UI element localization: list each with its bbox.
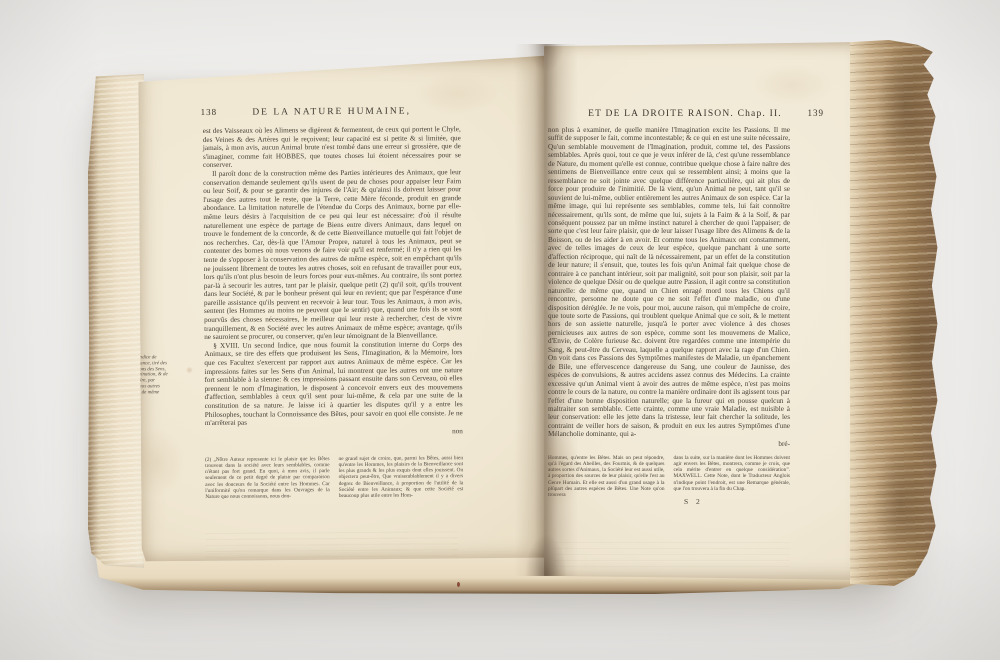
right-page: ET DE LA DROITE RAISON. Chap. II. 139 no… (544, 42, 862, 580)
left-paragraph-3: § XVIII. Un second Indice, que nous four… (204, 340, 463, 428)
foxing-speck (457, 582, 460, 587)
studio-backdrop: 138 DE LA NATURE HUMAINE, est des Vaisse… (0, 0, 1000, 660)
right-footnote: Hommes, qu'entre les Bêtes. Mais on peut… (548, 455, 790, 498)
left-footnote-col1: (2) „Nôtre Auteur represente ici le plai… (205, 456, 330, 500)
right-running-title: ET DE LA DROITE RAISON. Chap. II. (576, 109, 794, 119)
left-running-title: DE LA NATURE HUMAINE, (231, 106, 433, 117)
right-page-header: ET DE LA DROITE RAISON. Chap. II. 139 (546, 108, 824, 119)
right-fore-edge-stack (850, 40, 942, 586)
right-footnote-col2: dans la suite, sur la manière dont les H… (674, 455, 791, 498)
left-catchword: non (205, 427, 463, 437)
right-body-text: non plus à examiner, de quelle manière l… (548, 126, 790, 448)
right-paragraph-1: non plus à examiner, de quelle manière l… (548, 126, 790, 439)
right-catchword: bré- (548, 440, 790, 448)
left-paragraph-1: est des Vaisseaux où les Alimens se digè… (203, 125, 461, 170)
left-footnote-col2: ne grand sujet de croire, que, parmi les… (339, 455, 464, 499)
right-page-number: 139 (794, 108, 824, 118)
left-body-text: est des Vaisseaux où les Alimens se digè… (203, 125, 463, 437)
left-page-edges (88, 74, 144, 568)
signature-mark: S 2 (684, 497, 703, 506)
left-paragraph-2: Il paroît donc de la construction même d… (203, 168, 462, 342)
left-footnote: (2) „Nôtre Auteur represente ici le plai… (205, 455, 463, 500)
left-page-header: 138 DE LA NATURE HUMAINE, (201, 105, 463, 118)
show-through-texture (206, 531, 458, 559)
left-page: 138 DE LA NATURE HUMAINE, est des Vaisse… (138, 53, 550, 564)
left-page-number: 138 (201, 107, 231, 117)
right-footnote-col1: Hommes, qu'entre les Bêtes. Mais on peut… (548, 455, 665, 498)
show-through-texture (554, 542, 790, 572)
